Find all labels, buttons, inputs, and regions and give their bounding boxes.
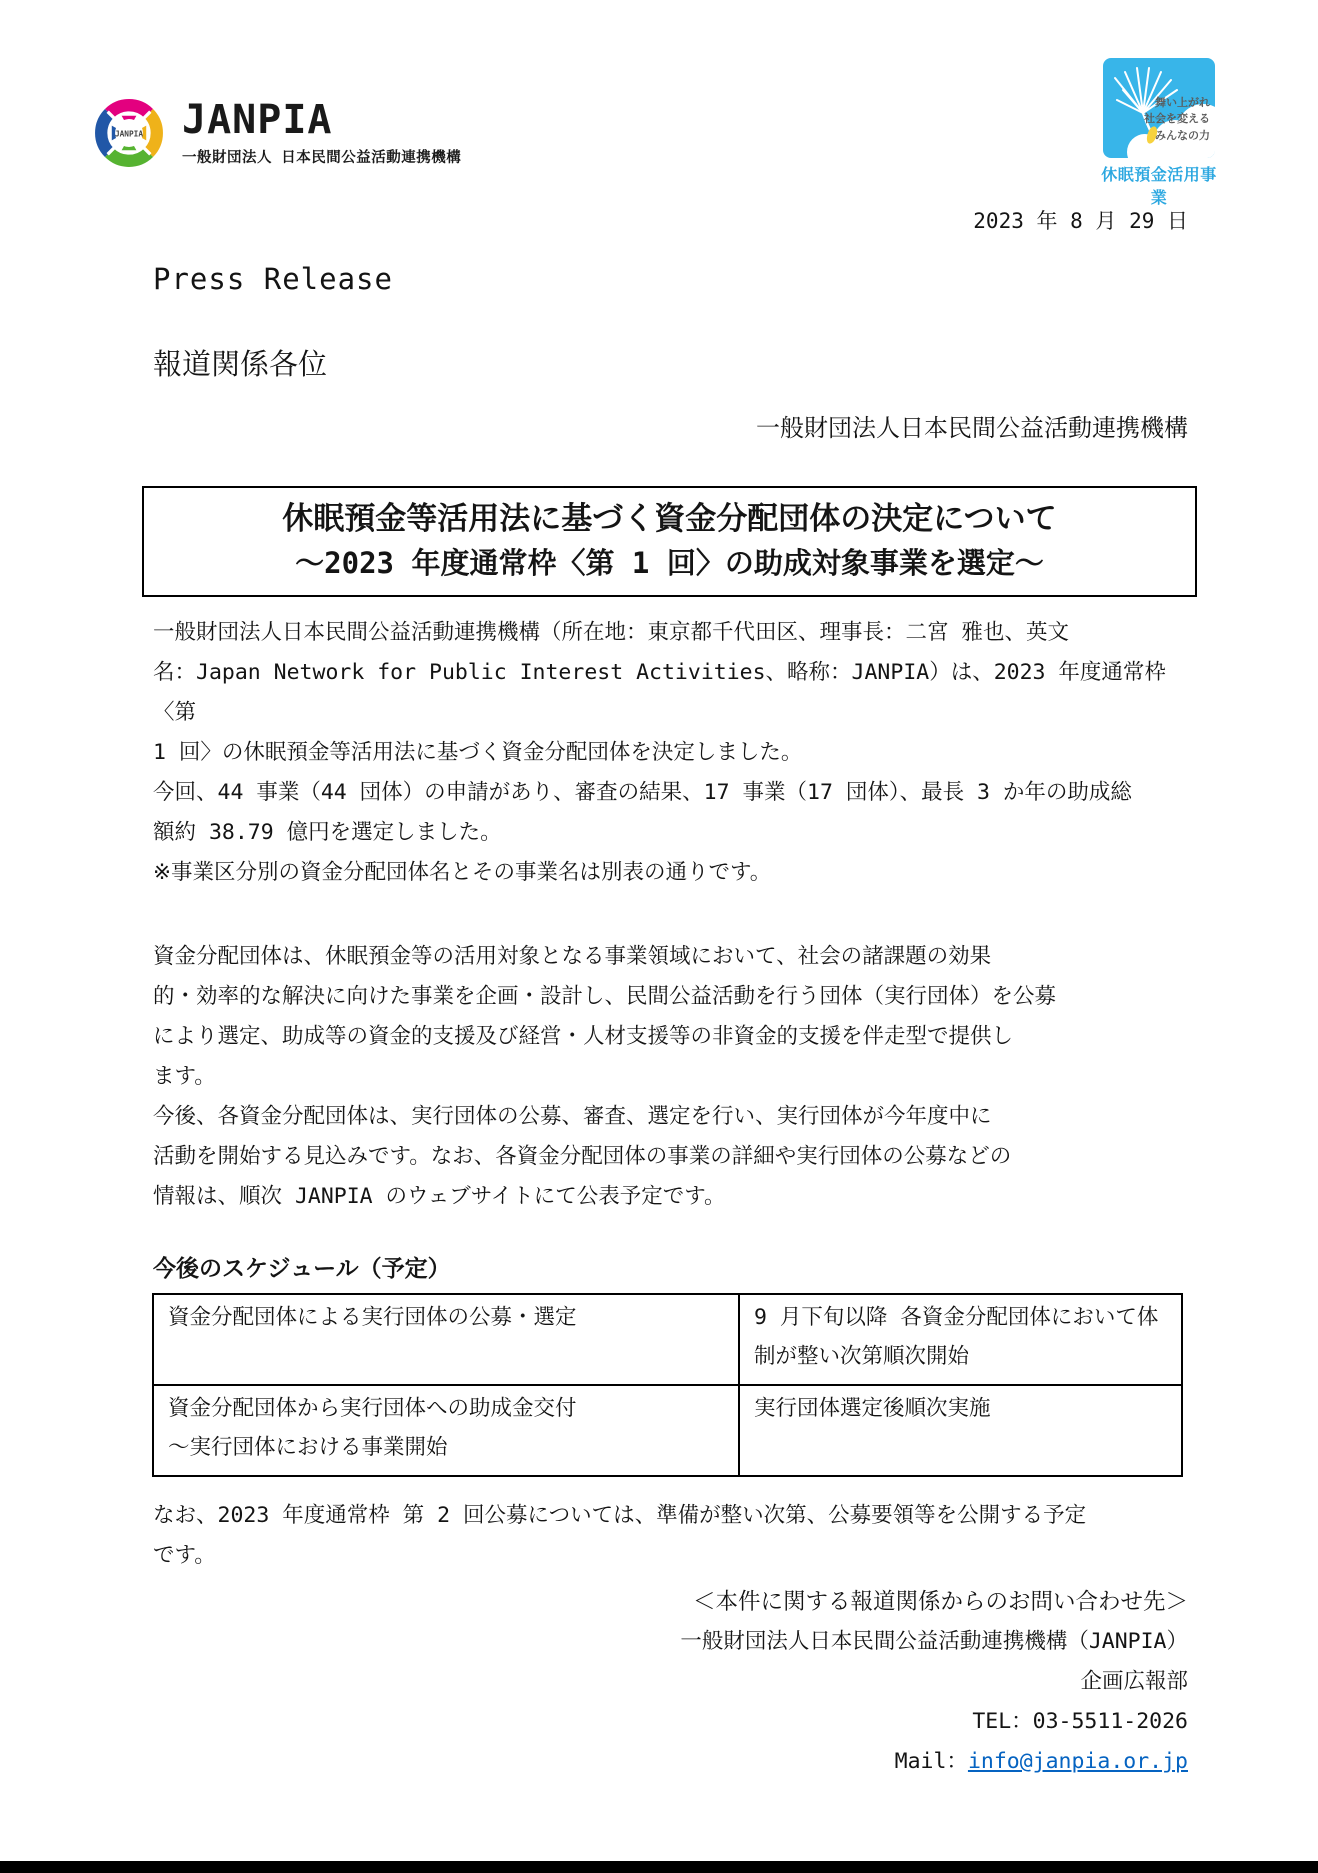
issuing-organization: 一般財団法人日本民間公益活動連携機構 [153,408,1188,443]
schedule-item-cell: 資金分配団体による実行団体の公募・選定 [153,1294,739,1385]
paragraph-announcement: 一般財団法人日本民間公益活動連携機構（所在地：東京都千代田区、理事長：二宮 雅也… [153,613,1188,773]
program-logo-slogan: 舞い上がれ 社会を変える みんなの力 [1144,95,1210,145]
table-row: 資金分配団体から実行団体への助成金交付 ～実行団体における事業開始 実行団体選定… [153,1385,1182,1476]
contact-department: 企画広報部 [153,1662,1188,1702]
paragraph-next-round: なお、2023 年度通常枠 第 2 回公募については、準備が整い次第、公募要領等… [153,1496,1188,1576]
release-date: 2023 年 8 月 29 日 [153,205,1188,235]
paragraph-fund-distributor-role: 資金分配団体は、休眠預金等の活用対象となる事業領域において、社会の諸課題の効果 … [153,937,1188,1217]
contact-heading: ＜本件に関する報道関係からのお問い合わせ先＞ [153,1582,1188,1622]
schedule-timing-cell: 実行団体選定後順次実施 [739,1385,1182,1476]
page-bottom-bar [0,1861,1318,1873]
contact-block: ＜本件に関する報道関係からのお問い合わせ先＞ 一般財団法人日本民間公益活動連携機… [153,1582,1188,1782]
title-line2: ～2023 年度通常枠〈第 1 回〉の助成対象事業を選定～ [144,543,1195,584]
contact-organization: 一般財団法人日本民間公益活動連携機構（JANPIA） [153,1622,1188,1662]
press-release-label: Press Release [153,262,1188,296]
schedule-heading: 今後のスケジュール（予定） [153,1250,1188,1283]
paragraph-selection-result: 今回、44 事業（44 団体）の申請があり、審査の結果、17 事業（17 団体）… [153,773,1188,893]
program-logo-caption: 休眠預金活用事業 [1100,162,1218,208]
program-logo: 舞い上がれ 社会を変える みんなの力 休眠預金活用事業 [1100,58,1218,208]
table-row: 資金分配団体による実行団体の公募・選定 9 月下旬以降 各資金分配団体において体… [153,1294,1182,1385]
janpia-logo-mark-icon: JANPIA [88,92,170,174]
janpia-logo-name: JANPIA [182,100,461,140]
contact-mail-line: Mail：info@janpia.or.jp [153,1742,1188,1782]
schedule-table: 資金分配団体による実行団体の公募・選定 9 月下旬以降 各資金分配団体において体… [152,1293,1183,1477]
program-logo-square: 舞い上がれ 社会を変える みんなの力 [1103,58,1215,158]
janpia-logo: JANPIA JANPIA 一般財団法人 日本民間公益活動連携機構 [88,92,461,174]
press-release-page: JANPIA JANPIA 一般財団法人 日本民間公益活動連携機構 [0,0,1318,1873]
janpia-mark-text: JANPIA [115,129,143,138]
schedule-timing-cell: 9 月下旬以降 各資金分配団体において体 制が整い次第順次開始 [739,1294,1182,1385]
title-box: 休眠預金等活用法に基づく資金分配団体の決定について ～2023 年度通常枠〈第 … [142,486,1197,597]
schedule-item-cell: 資金分配団体から実行団体への助成金交付 ～実行団体における事業開始 [153,1385,739,1476]
contact-tel: TEL：03-5511-2026 [153,1702,1188,1742]
contact-mail-label: Mail： [895,1749,968,1774]
janpia-logo-subtitle: 一般財団法人 日本民間公益活動連携機構 [182,146,461,167]
contact-mail-link[interactable]: info@janpia.or.jp [968,1749,1188,1774]
recipients-line: 報道関係各位 [153,342,1188,383]
title-line1: 休眠預金等活用法に基づく資金分配団体の決定について [144,496,1195,543]
